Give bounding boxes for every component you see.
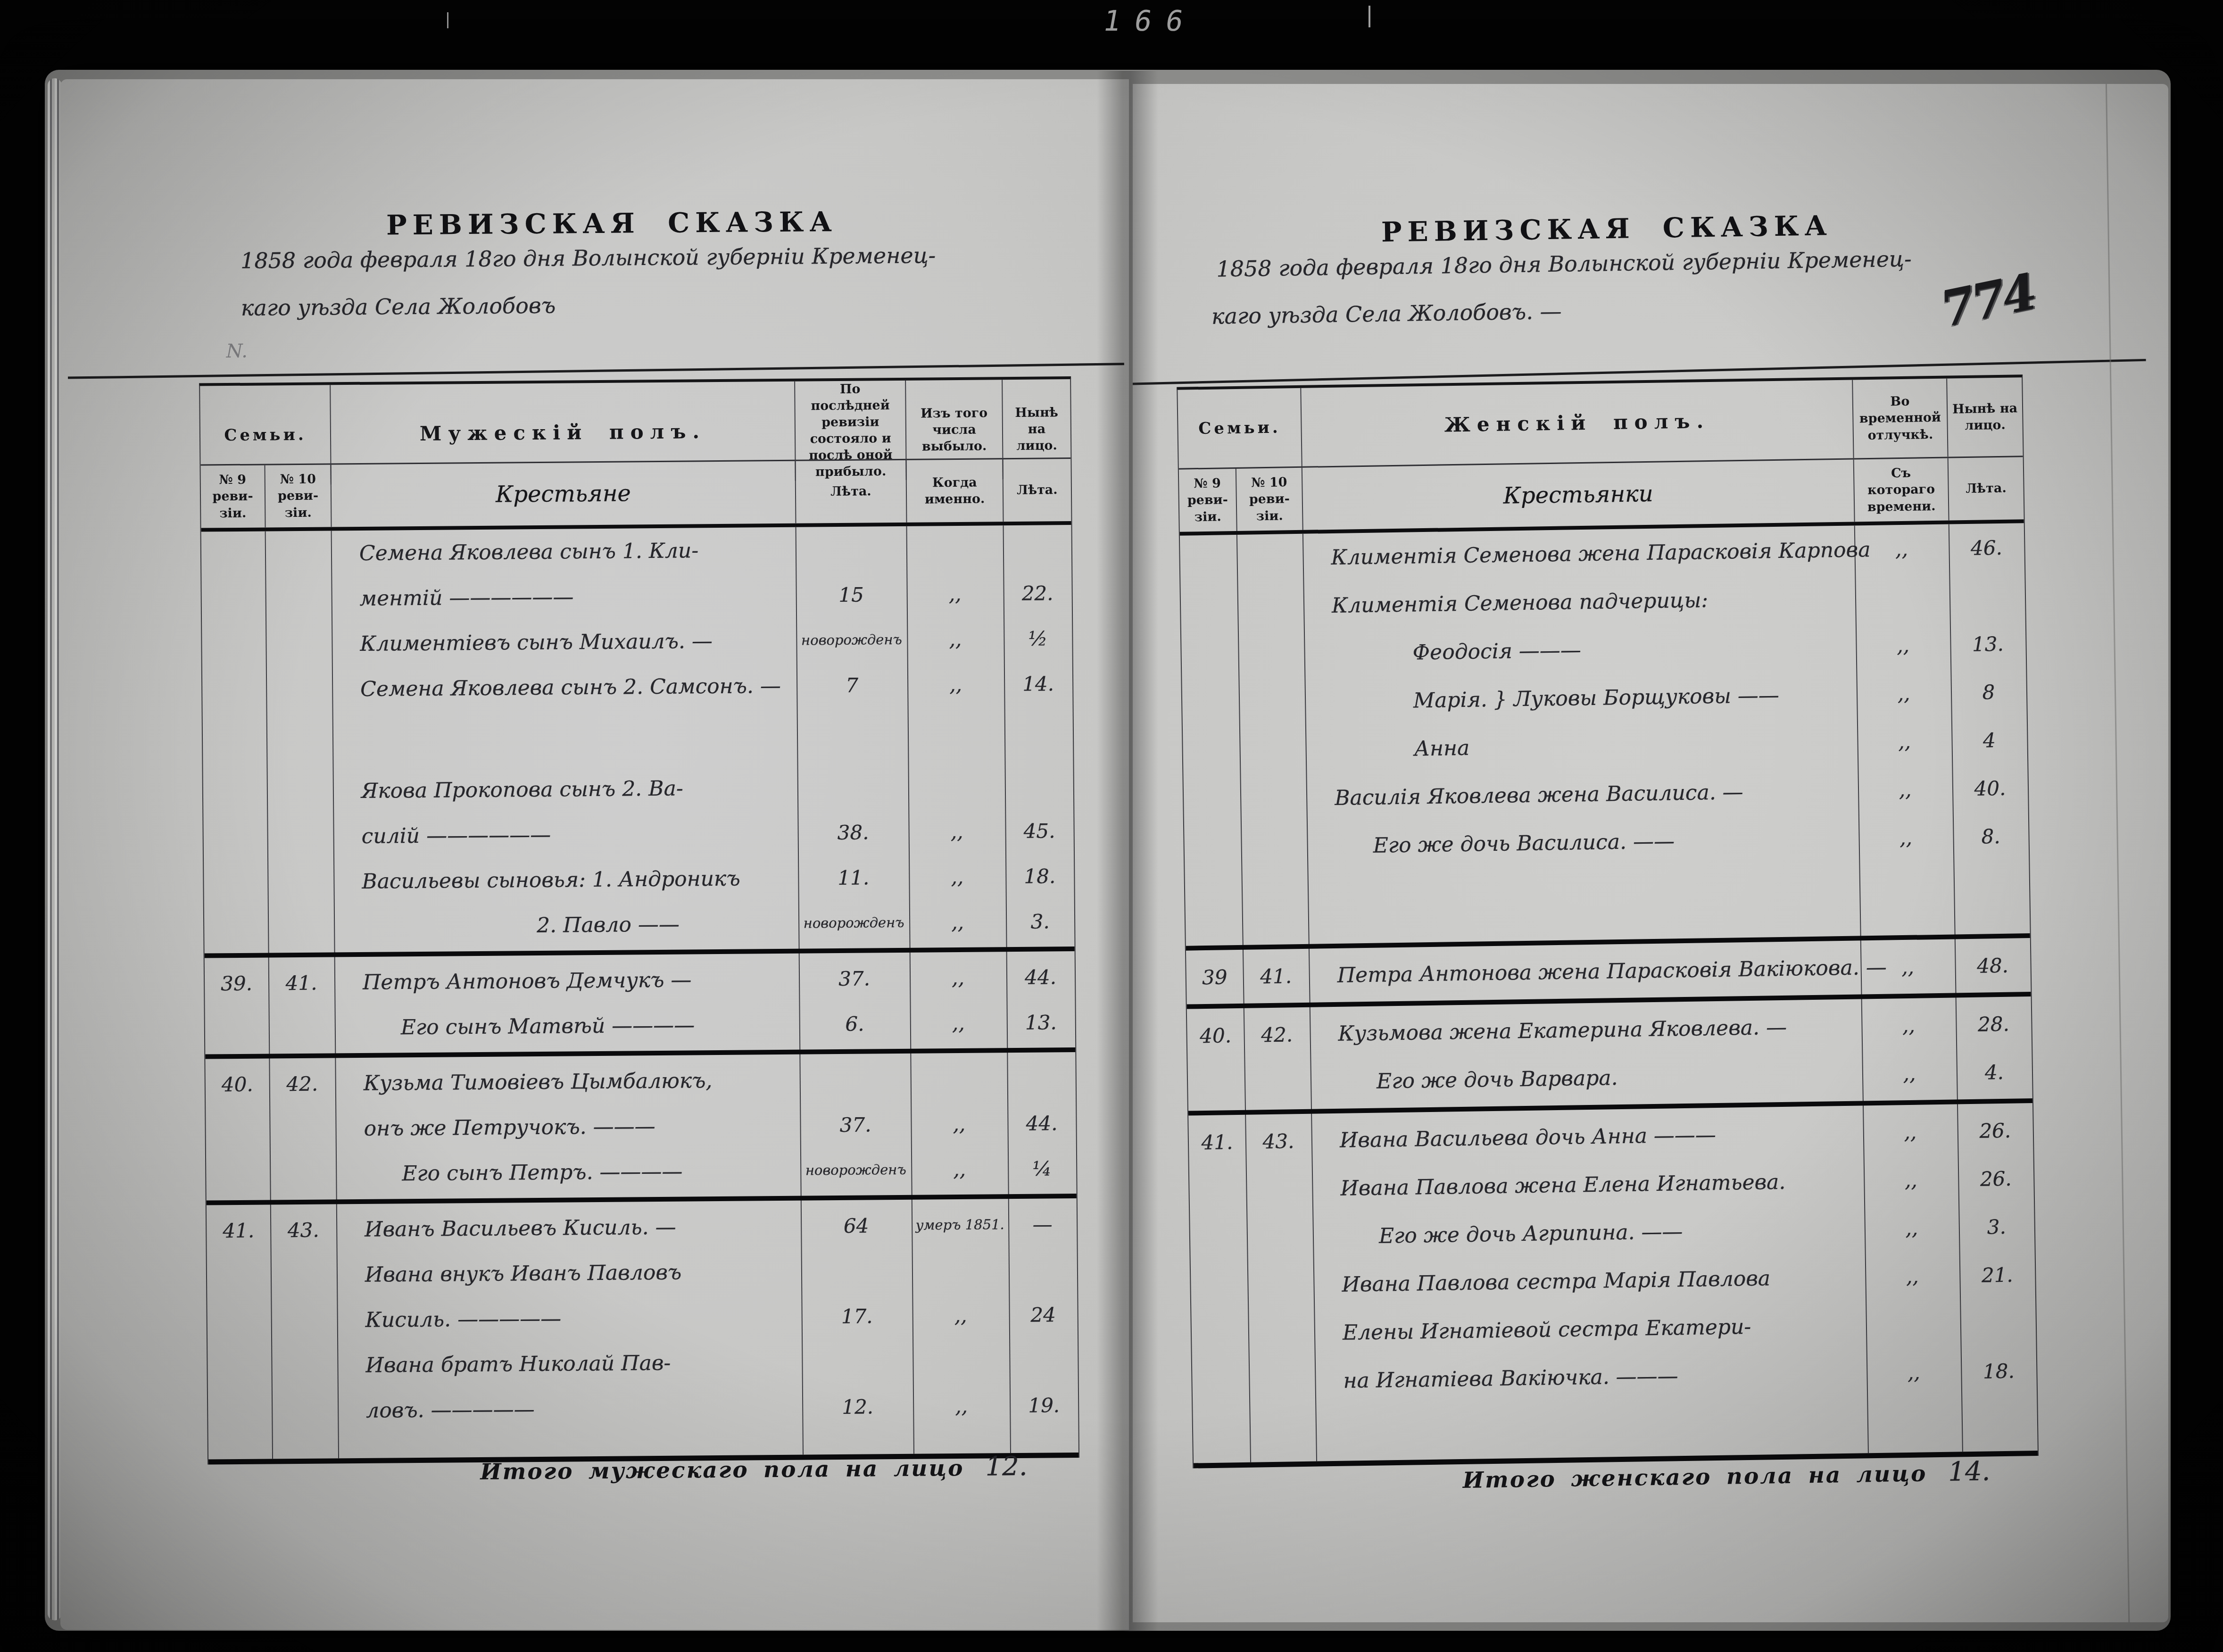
departure-note bbox=[912, 1270, 1009, 1270]
departure-note bbox=[906, 548, 1003, 549]
age-current: 44. bbox=[1007, 1112, 1076, 1135]
right-total-label: Итого женскаго пола на лицо bbox=[1462, 1461, 1927, 1494]
right-page: РЕВИЗСКАЯ СКАЗКА 1858 года февраля 18го … bbox=[1133, 84, 2168, 1622]
right-date-line: 1858 года февраля 18го дня Волынской губ… bbox=[1216, 246, 1912, 282]
person-name: Его же дочь Василиса. —— bbox=[1307, 826, 1859, 858]
person-name: Климентіевъ сынъ Михаилъ. — bbox=[332, 628, 796, 656]
person-name: Кузьмова жена Екатерина Яковлева. — bbox=[1310, 1014, 1862, 1046]
age-current bbox=[1007, 1078, 1076, 1078]
absence-mark: ,, bbox=[1864, 1168, 1958, 1192]
absence-mark bbox=[1866, 1323, 1960, 1325]
rev9-number bbox=[206, 1174, 270, 1175]
blank-space bbox=[203, 706, 1073, 769]
age-current: 8. bbox=[1953, 824, 2029, 848]
record-row: онъ же Петручокъ. ———37.,,44. bbox=[206, 1100, 1076, 1152]
person-name: Ивана Павлова сестра Марія Павлова bbox=[1313, 1265, 1866, 1297]
record-row: Его сынъ Матвѣй ————6.,,13. bbox=[205, 999, 1075, 1051]
person-name: Ивана внукъ Иванъ Павловъ bbox=[337, 1259, 801, 1287]
header-rev9: № 9 реви-зіи. bbox=[1179, 469, 1236, 532]
age-current: — bbox=[1008, 1212, 1077, 1236]
rev10-number bbox=[1248, 1285, 1314, 1286]
age-current: 3. bbox=[1006, 910, 1074, 933]
header-rev10: № 10 реви-зіи. bbox=[264, 465, 331, 527]
left-total-label: Итого мужескаго пола на лицо bbox=[480, 1455, 964, 1485]
person-name: Климентія Семенова жена Парасковія Карпо… bbox=[1302, 538, 1855, 570]
age-last-revision bbox=[797, 787, 908, 788]
person-name: Ивана Васильева дочь Анна ——— bbox=[1311, 1121, 1864, 1153]
header-absence: Во временной отлучкѣ. bbox=[1852, 379, 1947, 458]
departure-note: ,, bbox=[910, 966, 1006, 990]
rev9-number bbox=[1185, 847, 1241, 848]
age-current: 28. bbox=[1956, 1012, 2032, 1036]
rev10-number bbox=[271, 1365, 337, 1366]
age-current: 46. bbox=[1949, 536, 2024, 560]
rev10-number bbox=[267, 881, 333, 882]
rev10-number bbox=[265, 553, 331, 554]
rev9-number: 39 bbox=[1186, 965, 1243, 989]
person-name: Ивана Павлова жена Елена Игнатьева. bbox=[1312, 1169, 1864, 1201]
absence-mark: ,, bbox=[1860, 955, 1955, 979]
age-current: 24 bbox=[1009, 1303, 1078, 1326]
header-rev10: № 10 реви-зіи. bbox=[1236, 468, 1302, 531]
age-last-revision: 17. bbox=[802, 1304, 912, 1328]
rev9-number bbox=[202, 689, 266, 690]
person-name: Его же дочь Варвара. bbox=[1311, 1062, 1863, 1094]
person-name: Ивана братъ Николай Пав- bbox=[337, 1350, 802, 1378]
rev9-number bbox=[205, 1028, 269, 1029]
rev9-number bbox=[204, 837, 267, 837]
departure-note bbox=[912, 1360, 1009, 1361]
age-last-revision bbox=[800, 1079, 911, 1080]
age-last-revision: 6. bbox=[799, 1012, 910, 1036]
person-name: онъ же Петручокъ. ——— bbox=[335, 1113, 800, 1141]
right-table: Семьи. Женскій полъ. Во временной отлучк… bbox=[1177, 374, 2039, 1468]
header-years: Лѣта. bbox=[1002, 459, 1071, 522]
rev9-number bbox=[1183, 751, 1240, 752]
rev10-number bbox=[1247, 1237, 1313, 1238]
person-name: Кисиль. ————— bbox=[337, 1304, 802, 1332]
person-name: Феодосія ——— bbox=[1304, 634, 1856, 666]
age-current bbox=[1005, 785, 1073, 786]
age-last-revision: новорожденъ bbox=[796, 631, 907, 648]
rev9-number bbox=[1188, 1083, 1244, 1084]
rev9-number bbox=[1182, 703, 1239, 704]
absence-mark: ,, bbox=[1857, 681, 1951, 706]
person-name: Семена Яковлева сынъ 1. Кли- bbox=[331, 538, 796, 565]
age-current bbox=[1960, 1322, 2036, 1323]
record-row: 41.43.Иванъ Васильевъ Кисиль. —64умеръ 1… bbox=[207, 1201, 1077, 1253]
rev9-number bbox=[206, 1129, 270, 1129]
departure-note: ,, bbox=[911, 1112, 1007, 1136]
age-last-revision bbox=[802, 1361, 912, 1362]
rev10-number bbox=[1237, 606, 1303, 607]
record-row: Якова Прокопова сынъ 2. Ва- bbox=[203, 763, 1074, 814]
rev9-number bbox=[207, 1320, 271, 1321]
rev9-number: 41. bbox=[1189, 1130, 1246, 1154]
record-row: Ивана братъ Николай Пав- bbox=[207, 1337, 1078, 1389]
left-place-line: каго уѣзда Села Жолобовъ bbox=[241, 293, 556, 321]
person-name: Василія Яковлева жена Василиса. — bbox=[1306, 778, 1858, 810]
absence-mark: ,, bbox=[1858, 777, 1953, 802]
departure-note: ,, bbox=[910, 1011, 1007, 1035]
rev10-number bbox=[268, 927, 334, 927]
page-edge-stack bbox=[48, 78, 62, 1620]
record-row: Васильевы сыновья: 1. Андроникъ11.,,18. bbox=[204, 853, 1074, 905]
blank-space bbox=[1185, 860, 2030, 943]
age-current: 48. bbox=[1955, 954, 2031, 978]
age-current bbox=[1949, 595, 2025, 596]
absence-mark: ,, bbox=[1857, 729, 1952, 754]
age-current: 26. bbox=[1957, 1119, 2033, 1143]
record-row: 39.41.Петръ Антоновъ Демчукъ —37.,,44. bbox=[205, 954, 1075, 1006]
record-row: 2. Павло ——новорожденъ,,3. bbox=[204, 898, 1075, 950]
record-row: 3941.Петра Антонова жена Парасковія Вакі… bbox=[1186, 941, 2031, 1002]
age-last-revision: 38. bbox=[797, 820, 908, 844]
rev9-number bbox=[204, 927, 268, 928]
rev10-number bbox=[1240, 750, 1306, 751]
age-current: 26. bbox=[1958, 1167, 2034, 1191]
header-rev9: № 9 реви-зіи. bbox=[200, 465, 265, 528]
record-row: Его сынъ Петръ. ————новорожденъ,,¼ bbox=[206, 1146, 1077, 1197]
rev10-number bbox=[1240, 798, 1306, 799]
age-current: ¼ bbox=[1008, 1157, 1076, 1180]
record-row: ловъ. —————12.,,19. bbox=[208, 1382, 1078, 1434]
page-edge-line bbox=[2105, 84, 2130, 1622]
age-current: 4. bbox=[1957, 1060, 2032, 1084]
departure-note: ,, bbox=[912, 1303, 1009, 1328]
departure-note: ,, bbox=[908, 820, 1005, 844]
absence-mark: ,, bbox=[1865, 1264, 1960, 1288]
rev10-number bbox=[1244, 1082, 1311, 1083]
absence-mark: ,, bbox=[1856, 633, 1950, 657]
right-table-header: Семьи. Женскій полъ. Во временной отлучк… bbox=[1178, 377, 2024, 536]
record-row: 40.42.Кузьма Тимовіевъ Цымбалюкъ, bbox=[205, 1055, 1076, 1107]
age-current: 8 bbox=[1951, 680, 2027, 704]
rev9-number bbox=[1191, 1286, 1248, 1287]
person-name: ловъ. ————— bbox=[338, 1395, 802, 1423]
rev9-number bbox=[1184, 799, 1240, 800]
record-row: Кисиль. —————17.,,24 bbox=[207, 1292, 1078, 1344]
age-current: ½ bbox=[1004, 627, 1072, 650]
age-last-revision: новорожденъ bbox=[800, 1162, 911, 1179]
age-last-revision: 15 bbox=[796, 582, 906, 606]
left-table-rows: Семена Яковлева сынъ 1. Кли-ментій —————… bbox=[201, 525, 1078, 1464]
person-name: Семена Яковлева сынъ 2. Самсонъ. — bbox=[332, 673, 796, 701]
rev10-number bbox=[1248, 1333, 1314, 1334]
rev10-number bbox=[269, 1028, 335, 1028]
left-date-line: 1858 года февраля 18го дня Волынской губ… bbox=[241, 242, 936, 274]
film-tick-mark bbox=[1369, 6, 1370, 27]
departure-note: ,, bbox=[906, 582, 1003, 606]
person-name: Петра Антонова жена Парасковія Вакіюкова… bbox=[1309, 955, 1861, 988]
record-row: Семена Яковлева сынъ 2. Самсонъ. —7,,14. bbox=[202, 661, 1073, 713]
person-name: Петръ Антоновъ Демчукъ — bbox=[334, 967, 799, 995]
right-total-value: 14. bbox=[1948, 1456, 1991, 1487]
person-name: Его сынъ Матвѣй ———— bbox=[335, 1012, 799, 1040]
header-present: Нынѣ на лицо. bbox=[1946, 377, 2023, 457]
rev10-number bbox=[272, 1411, 338, 1411]
rev9-number bbox=[207, 1275, 271, 1276]
age-current: 40. bbox=[1952, 776, 2028, 800]
header-estate: Крестьянки bbox=[1302, 460, 1854, 530]
header-estate: Крестьяне bbox=[330, 461, 795, 527]
age-current bbox=[1009, 1360, 1078, 1360]
age-current: 19. bbox=[1010, 1393, 1078, 1417]
pencil-margin-note: N. bbox=[226, 340, 248, 362]
rev9-number bbox=[1180, 559, 1237, 560]
left-page: РЕВИЗСКАЯ СКАЗКА 1858 года февраля 18го … bbox=[60, 79, 1129, 1630]
departure-note: ,, bbox=[909, 910, 1006, 934]
person-name: Анна bbox=[1305, 730, 1858, 762]
rev9-number bbox=[202, 644, 265, 645]
person-name: Марія. } Луковы Борщуковы —— bbox=[1305, 682, 1857, 714]
left-page-title: РЕВИЗСКАЯ СКАЗКА bbox=[197, 204, 1027, 243]
person-name: на Игнатіева Вакіючка. ——— bbox=[1315, 1361, 1867, 1393]
departure-note: ,, bbox=[913, 1394, 1010, 1418]
age-last-revision: 37. bbox=[799, 966, 910, 990]
header-family: Семьи. bbox=[1178, 388, 1301, 468]
absence-mark: ,, bbox=[1862, 1061, 1957, 1086]
header-years: Лѣта. bbox=[795, 460, 906, 523]
age-current: 22. bbox=[1003, 581, 1071, 605]
record-row: Климентіевъ сынъ Михаилъ. —новорожденъ,,… bbox=[202, 615, 1072, 667]
rev10-number bbox=[267, 836, 333, 837]
absence-mark: ,, bbox=[1863, 1120, 1958, 1144]
rev10-number bbox=[1238, 654, 1304, 655]
absence-mark: ,, bbox=[1861, 1013, 1956, 1038]
departure-note: умеръ 1851. bbox=[912, 1216, 1008, 1233]
age-last-revision bbox=[801, 1270, 912, 1271]
age-last-revision: 64 bbox=[801, 1213, 912, 1237]
person-name: Якова Прокопова сынъ 2. Ва- bbox=[333, 775, 797, 803]
age-current: 18. bbox=[1961, 1359, 2037, 1383]
film-frame-number: 166 bbox=[1101, 5, 1200, 38]
absence-mark: ,, bbox=[1865, 1216, 1959, 1240]
rev9-number bbox=[208, 1411, 272, 1411]
departure-note: ,, bbox=[907, 627, 1004, 651]
rev9-number bbox=[207, 1366, 271, 1366]
rev9-number: 39. bbox=[205, 971, 268, 995]
record-row: силій ——————38.,,45. bbox=[203, 808, 1074, 860]
age-last-revision: 12. bbox=[802, 1395, 913, 1419]
rev10-number bbox=[265, 644, 332, 644]
departure-note: ,, bbox=[907, 672, 1004, 697]
person-name: Климентія Семенова падчерицы: bbox=[1303, 586, 1856, 618]
age-last-revision: 37. bbox=[800, 1112, 911, 1137]
left-total-line: Итого мужескаго пола на лицо 12. bbox=[480, 1451, 1028, 1486]
age-last-revision: новорожденъ bbox=[798, 914, 909, 931]
rev10-number bbox=[1249, 1381, 1315, 1382]
age-current: 13. bbox=[1950, 632, 2026, 656]
rev10-number bbox=[267, 791, 333, 791]
rev9-number bbox=[204, 882, 267, 882]
rev10-number bbox=[270, 1174, 336, 1174]
rev9-number bbox=[1192, 1334, 1248, 1335]
absence-mark: ,, bbox=[1854, 537, 1949, 561]
absence-mark bbox=[1855, 597, 1949, 598]
rev10-number bbox=[265, 598, 332, 599]
rev9-number: 40. bbox=[1187, 1023, 1244, 1047]
person-name: Елены Игнатіевой сестра Екатери- bbox=[1314, 1313, 1866, 1345]
rev9-number bbox=[202, 599, 265, 599]
record-row: ментій ——————15,,22. bbox=[201, 570, 1072, 622]
rev9-number: 41. bbox=[207, 1219, 270, 1242]
age-current: 4 bbox=[1951, 728, 2027, 752]
person-name: Васильевы сыновья: 1. Андроникъ bbox=[333, 866, 798, 894]
header-female-sex: Женскій полъ. bbox=[1300, 380, 1853, 466]
rev10-number: 42. bbox=[269, 1072, 335, 1096]
person-name: Кузьма Тимовіевъ Цымбалюкъ, bbox=[335, 1068, 800, 1096]
rev10-number bbox=[1246, 1189, 1312, 1190]
rev10-number: 41. bbox=[268, 971, 334, 995]
age-current: 21. bbox=[1959, 1263, 2035, 1287]
absence-mark: ,, bbox=[1858, 825, 1953, 850]
rev10-number: 41. bbox=[1243, 964, 1309, 988]
rev10-number bbox=[1237, 558, 1303, 559]
left-table-header: Семьи. Мужескій полъ. По послѣдней ревиз… bbox=[200, 379, 1071, 531]
person-name: Его же дочь Агрипина. —— bbox=[1313, 1217, 1865, 1249]
person-name: Иванъ Васильевъ Кисиль. — bbox=[336, 1214, 801, 1242]
age-current: 13. bbox=[1007, 1011, 1075, 1034]
right-place-line: каго уѣзда Села Жолобовъ. — bbox=[1211, 299, 1562, 329]
rev10-number bbox=[266, 689, 332, 689]
rule-line bbox=[68, 363, 1124, 379]
age-current: 45. bbox=[1005, 819, 1073, 843]
rev10-number bbox=[1239, 702, 1305, 703]
film-tick-mark bbox=[447, 12, 448, 28]
rev10-number: 43. bbox=[1245, 1129, 1312, 1153]
person-name: ментій —————— bbox=[332, 583, 796, 611]
age-current: 3. bbox=[1958, 1215, 2034, 1239]
rev9-number bbox=[1190, 1238, 1247, 1239]
rev9-number: 40. bbox=[206, 1072, 269, 1096]
rev9-number bbox=[1182, 655, 1238, 656]
header-since: Съ котораго времени. bbox=[1853, 458, 1949, 522]
right-page-title: РЕВИЗСКАЯ СКАЗКА bbox=[1194, 207, 2020, 251]
left-total-value: 12. bbox=[985, 1451, 1028, 1482]
departure-note: ,, bbox=[911, 1157, 1008, 1181]
person-name: 2. Павло —— bbox=[334, 911, 798, 939]
rev10-number bbox=[1241, 847, 1307, 847]
age-current bbox=[1009, 1269, 1077, 1270]
rev10-number: 42. bbox=[1244, 1022, 1310, 1046]
departure-note bbox=[911, 1078, 1007, 1079]
age-current: 14. bbox=[1004, 672, 1072, 696]
header-when: Когда именно. bbox=[905, 459, 1003, 523]
age-current: 18. bbox=[1005, 864, 1074, 888]
age-current: 44. bbox=[1006, 965, 1075, 989]
departure-note bbox=[908, 786, 1005, 787]
age-last-revision: 7 bbox=[796, 673, 907, 697]
record-row: Семена Яковлева сынъ 1. Кли- bbox=[201, 525, 1072, 577]
departure-note: ,, bbox=[909, 865, 1005, 889]
age-last-revision bbox=[796, 549, 906, 550]
handwritten-page-number: 774 bbox=[1935, 262, 2039, 338]
age-current bbox=[1003, 548, 1071, 548]
rev10-number bbox=[271, 1320, 337, 1320]
absence-mark: ,, bbox=[1866, 1360, 1961, 1385]
record-row: Ивана внукъ Иванъ Павловъ bbox=[207, 1246, 1078, 1298]
header-years: Лѣта. bbox=[1948, 457, 2024, 520]
rev9-number bbox=[1181, 607, 1237, 608]
rev10-number bbox=[271, 1275, 337, 1275]
rev9-number bbox=[1193, 1382, 1249, 1383]
rev9-number bbox=[201, 554, 265, 554]
age-last-revision: 11. bbox=[798, 865, 909, 889]
scanned-document: 166 РЕВИЗСКАЯ СКАЗКА 1858 года февраля 1… bbox=[0, 0, 2223, 1652]
rev10-number: 43. bbox=[270, 1218, 336, 1242]
rev10-number bbox=[270, 1129, 336, 1129]
rev9-number bbox=[1190, 1190, 1246, 1191]
person-name: силій —————— bbox=[333, 821, 797, 848]
right-table-rows: Климентія Семенова жена Парасковія Карпо… bbox=[1180, 523, 2038, 1468]
person-name: Его сынъ Петръ. ———— bbox=[336, 1158, 800, 1186]
left-table: Семьи. Мужескій полъ. По послѣдней ревиз… bbox=[199, 376, 1079, 1464]
rev9-number bbox=[203, 791, 267, 792]
